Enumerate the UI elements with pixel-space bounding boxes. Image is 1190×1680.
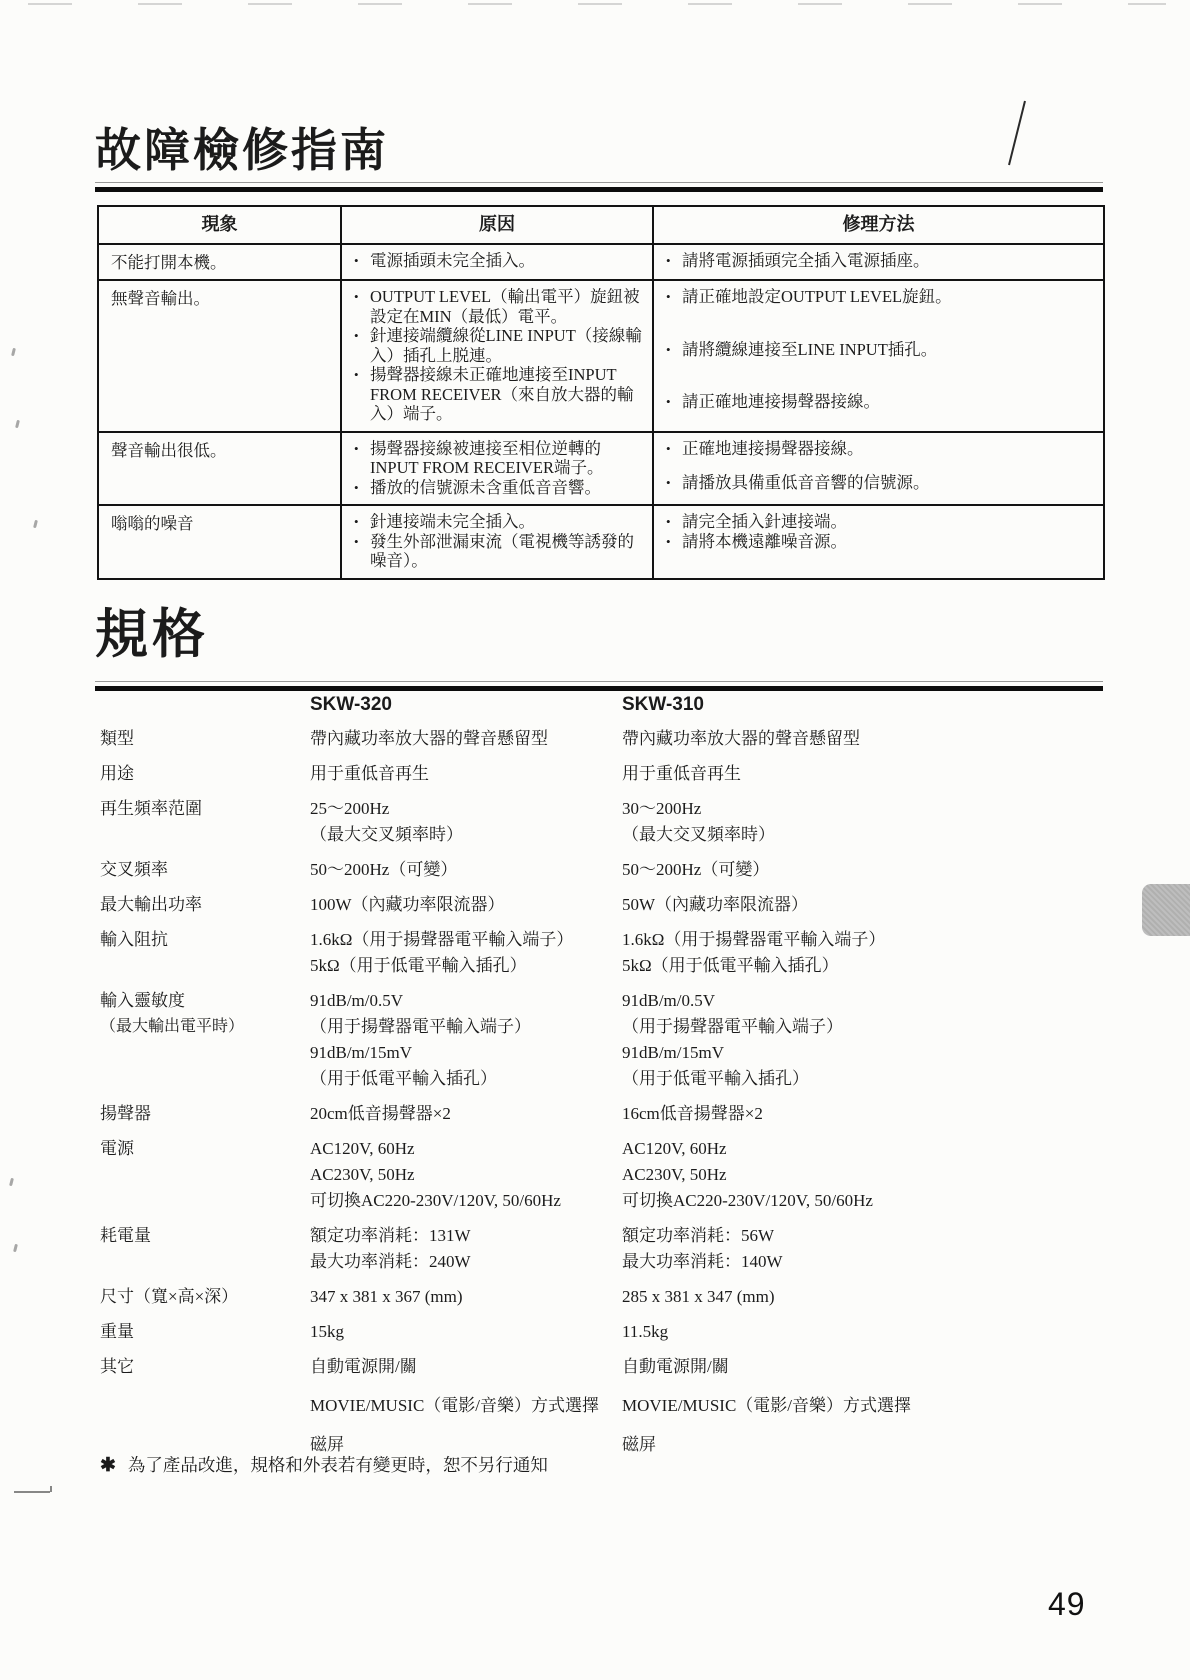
spec-value-skw310: 285 x 381 x 347 (mm) bbox=[622, 1284, 1104, 1310]
spec-value-skw310: 91dB/m/0.5V （用于揚聲器電平輸入端子） 91dB/m/15mV （用… bbox=[622, 988, 1104, 1092]
spec-label: 交叉頻率 bbox=[100, 857, 310, 883]
spec-value-skw310: 30～200Hz （最大交叉頻率時） bbox=[622, 796, 1104, 848]
spec-label: 輸入阻抗 bbox=[100, 927, 310, 979]
remedy-item: 請將本機遠離噪音源。 bbox=[662, 532, 1095, 552]
column-header-cause: 原因 bbox=[341, 206, 653, 244]
remedy-item: 請將電源插頭完全插入電源插座。 bbox=[662, 251, 1095, 271]
footnote: ✱為了產品改進，規格和外表若有變更時，恕不另行通知 bbox=[100, 1452, 548, 1477]
scan-artifact-slash bbox=[1008, 101, 1026, 166]
scan-artifact bbox=[33, 520, 38, 528]
model-header-skw310: SKW-310 bbox=[622, 694, 704, 716]
spec-value-line: AC120V, 60Hz bbox=[622, 1136, 1104, 1162]
spec-value-line: 91dB/m/15mV bbox=[310, 1040, 622, 1066]
table-row: 不能打開本機。 電源插頭未完全插入。 請將電源插頭完全插入電源插座。 bbox=[98, 244, 1104, 281]
spec-value-skw320: 15kg bbox=[310, 1319, 622, 1345]
remedy-item: 請將纜線連接至LINE INPUT插孔。 bbox=[662, 340, 1095, 360]
spec-value-skw310: 50～200Hz（可變） bbox=[622, 857, 1104, 883]
model-header-skw320: SKW-320 bbox=[310, 694, 392, 716]
spec-value-skw310: 額定功率消耗：56W 最大功率消耗：140W bbox=[622, 1223, 1104, 1275]
spec-value-line: 最大功率消耗：240W bbox=[310, 1249, 622, 1275]
spec-value-skw310: AC120V, 60Hz AC230V, 50Hz 可切換AC220-230V/… bbox=[622, 1136, 1104, 1214]
causes-cell: 針連接端未完全插入。 發生外部泄漏束流（電視機等誘發的噪音）。 bbox=[341, 505, 653, 579]
cause-item: 針連接端未完全插入。 bbox=[350, 512, 644, 532]
spec-value-line: 15kg bbox=[310, 1319, 622, 1345]
scan-artifact bbox=[9, 1178, 14, 1186]
spec-label: 類型 bbox=[100, 726, 310, 752]
spec-value-skw320: 25～200Hz （最大交叉頻率時） bbox=[310, 796, 622, 848]
symptom-cell: 不能打開本機。 bbox=[98, 244, 341, 281]
spec-value-line: （用于低電平輸入插孔） bbox=[622, 1066, 1104, 1092]
spec-value-line: MOVIE/MUSIC（電影/音樂）方式選擇 bbox=[310, 1393, 622, 1419]
spec-value-line: 帶內藏功率放大器的聲音懸留型 bbox=[622, 726, 1104, 752]
section-thumb-tab bbox=[1142, 884, 1190, 936]
remedies-cell: 請完全插入針連接端。 請將本機遠離噪音源。 bbox=[653, 505, 1104, 579]
remedies-cell: 請將電源插頭完全插入電源插座。 bbox=[653, 244, 1104, 281]
column-header-remedy: 修理方法 bbox=[653, 206, 1104, 244]
spec-label-line: （最大輸出電平時） bbox=[100, 1014, 304, 1040]
spec-value-line: 91dB/m/0.5V bbox=[310, 988, 622, 1014]
scan-artifact bbox=[15, 420, 20, 428]
remedy-item: 請正確地連接揚聲器接線。 bbox=[662, 392, 1095, 412]
cause-item: 針連接端纜線從LINE INPUT（接線輸入）插孔上脱連。 bbox=[350, 326, 644, 365]
spec-value-line: （用于揚聲器電平輸入端子） bbox=[622, 1014, 1104, 1040]
cause-item: 揚聲器接線未正確地連接至INPUT FROM RECEIVER（來自放大器的輸入… bbox=[350, 365, 644, 424]
page-number: 49 bbox=[1048, 1586, 1086, 1623]
remedy-item: 請播放具備重低音音響的信號源。 bbox=[662, 473, 1095, 493]
spec-label: 其它 bbox=[100, 1354, 310, 1458]
spec-label: 最大輸出功率 bbox=[100, 892, 310, 918]
spec-table: 類型 帶內藏功率放大器的聲音懸留型 帶內藏功率放大器的聲音懸留型 用途 用于重低… bbox=[100, 726, 1104, 1458]
spec-value-line: 磁屏 bbox=[622, 1432, 1104, 1458]
cause-item: 發生外部泄漏束流（電視機等誘發的噪音）。 bbox=[350, 532, 644, 571]
spec-value-skw310: 16cm低音揚聲器×2 bbox=[622, 1101, 1104, 1127]
spec-value-line: 25～200Hz bbox=[310, 796, 622, 822]
spec-value-line: 50W（內藏功率限流器） bbox=[622, 892, 1104, 918]
spec-value-line: 自動電源開/關 bbox=[622, 1354, 1104, 1380]
manual-page: 故障檢修指南 現象 原因 修理方法 不能打開本機。 電源插頭未完全插入。 請將電… bbox=[0, 0, 1190, 1680]
spec-value-line: 100W（內藏功率限流器） bbox=[310, 892, 622, 918]
causes-cell: OUTPUT LEVEL（輸出電平）旋鈕被設定在MIN（最低）電平。 針連接端纜… bbox=[341, 280, 653, 432]
remedy-item: 正確地連接揚聲器接線。 bbox=[662, 439, 1095, 459]
spec-value-skw320: 91dB/m/0.5V （用于揚聲器電平輸入端子） 91dB/m/15mV （用… bbox=[310, 988, 622, 1092]
remedy-item: 請正確地設定OUTPUT LEVEL旋鈕。 bbox=[662, 287, 1095, 307]
spec-value-skw310: 帶內藏功率放大器的聲音懸留型 bbox=[622, 726, 1104, 752]
symptom-cell: 聲音輸出很低。 bbox=[98, 432, 341, 506]
spec-value-line: （用于揚聲器電平輸入端子） bbox=[310, 1014, 622, 1040]
spec-label: 用途 bbox=[100, 761, 310, 787]
spec-value-skw310: 50W（內藏功率限流器） bbox=[622, 892, 1104, 918]
spec-value-skw310: 1.6kΩ（用于揚聲器電平輸入端子） 5kΩ（用于低電平輸入插孔） bbox=[622, 927, 1104, 979]
rule-ghost bbox=[95, 182, 1103, 183]
footnote-text: 為了產品改進，規格和外表若有變更時，恕不另行通知 bbox=[128, 1455, 548, 1475]
table-row: 聲音輸出很低。 揚聲器接線被連接至相位逆轉的INPUT FROM RECEIVE… bbox=[98, 432, 1104, 506]
spec-value-line: 20cm低音揚聲器×2 bbox=[310, 1101, 622, 1127]
spec-label: 電源 bbox=[100, 1136, 310, 1214]
spec-value-line: 91dB/m/0.5V bbox=[622, 988, 1104, 1014]
spec-value-line: 50～200Hz（可變） bbox=[310, 857, 622, 883]
section-rule bbox=[95, 187, 1103, 192]
spec-value-line: 5kΩ（用于低電平輸入插孔） bbox=[310, 953, 622, 979]
table-row: 無聲音輸出。 OUTPUT LEVEL（輸出電平）旋鈕被設定在MIN（最低）電平… bbox=[98, 280, 1104, 432]
cause-item: 揚聲器接線被連接至相位逆轉的INPUT FROM RECEIVER端子。 bbox=[350, 439, 644, 478]
spec-value-line: 285 x 381 x 347 (mm) bbox=[622, 1284, 1104, 1310]
table-header-row: 現象 原因 修理方法 bbox=[98, 206, 1104, 244]
spec-value-line: 5kΩ（用于低電平輸入插孔） bbox=[622, 953, 1104, 979]
spec-label: 耗電量 bbox=[100, 1223, 310, 1275]
spec-label-line: 輸入靈敏度 bbox=[100, 988, 304, 1014]
spec-value-line: 30～200Hz bbox=[622, 796, 1104, 822]
troubleshooting-table: 現象 原因 修理方法 不能打開本機。 電源插頭未完全插入。 請將電源插頭完全插入… bbox=[97, 205, 1105, 580]
scan-artifact-top-dashes bbox=[28, 3, 1166, 5]
spec-value-skw320: 20cm低音揚聲器×2 bbox=[310, 1101, 622, 1127]
spec-value-skw320: 100W（內藏功率限流器） bbox=[310, 892, 622, 918]
spec-value-skw320: 額定功率消耗：131W 最大功率消耗：240W bbox=[310, 1223, 622, 1275]
scan-artifact-bottom-dash bbox=[14, 1491, 50, 1493]
troubleshooting-title: 故障檢修指南 bbox=[95, 114, 389, 180]
spec-value-line: 11.5kg bbox=[622, 1319, 1104, 1345]
spec-value-line: AC120V, 60Hz bbox=[310, 1136, 622, 1162]
spec-value-skw310: 用于重低音再生 bbox=[622, 761, 1104, 787]
symptom-cell: 嗡嗡的噪音 bbox=[98, 505, 341, 579]
spec-value-line: 可切換AC220-230V/120V, 50/60Hz bbox=[310, 1188, 622, 1214]
spec-value-line: （最大交叉頻率時） bbox=[622, 822, 1104, 848]
scan-artifact bbox=[13, 1244, 18, 1252]
spec-label: 揚聲器 bbox=[100, 1101, 310, 1127]
spec-value-skw320: 用于重低音再生 bbox=[310, 761, 622, 787]
remedies-cell: 正確地連接揚聲器接線。 請播放具備重低音音響的信號源。 bbox=[653, 432, 1104, 506]
spec-value-line: AC230V, 50Hz bbox=[622, 1162, 1104, 1188]
spec-value-line: 91dB/m/15mV bbox=[622, 1040, 1104, 1066]
table-row: 嗡嗡的噪音 針連接端未完全插入。 發生外部泄漏束流（電視機等誘發的噪音）。 請完… bbox=[98, 505, 1104, 579]
spec-value-skw320: 50～200Hz（可變） bbox=[310, 857, 622, 883]
causes-cell: 電源插頭未完全插入。 bbox=[341, 244, 653, 281]
scan-artifact bbox=[11, 348, 16, 356]
cause-item: 電源插頭未完全插入。 bbox=[350, 251, 644, 271]
spec-value-line: MOVIE/MUSIC（電影/音樂）方式選擇 bbox=[622, 1393, 1104, 1419]
spec-value-skw320: 自動電源開/關 MOVIE/MUSIC（電影/音樂）方式選擇 磁屏 bbox=[310, 1354, 622, 1458]
spec-value-line: 額定功率消耗：131W bbox=[310, 1223, 622, 1249]
spec-value-skw320: 347 x 381 x 367 (mm) bbox=[310, 1284, 622, 1310]
spec-value-line: 1.6kΩ（用于揚聲器電平輸入端子） bbox=[622, 927, 1104, 953]
spec-value-skw320: 帶內藏功率放大器的聲音懸留型 bbox=[310, 726, 622, 752]
rule-ghost bbox=[95, 681, 1103, 682]
spec-value-skw310: 11.5kg bbox=[622, 1319, 1104, 1345]
spec-value-line: 用于重低音再生 bbox=[310, 761, 622, 787]
spec-value-skw320: AC120V, 60Hz AC230V, 50Hz 可切換AC220-230V/… bbox=[310, 1136, 622, 1214]
spec-value-line: 額定功率消耗：56W bbox=[622, 1223, 1104, 1249]
spec-label: 尺寸（寬×高×深） bbox=[100, 1284, 310, 1310]
spec-label: 輸入靈敏度 （最大輸出電平時） bbox=[100, 988, 310, 1092]
spec-value-line: 16cm低音揚聲器×2 bbox=[622, 1101, 1104, 1127]
spec-value-line: 50～200Hz（可變） bbox=[622, 857, 1104, 883]
column-header-symptom: 現象 bbox=[98, 206, 341, 244]
footnote-marker: ✱ bbox=[100, 1455, 116, 1476]
cause-item: 播放的信號源未含重低音音響。 bbox=[350, 478, 644, 498]
specs-title: 規格 bbox=[95, 592, 209, 668]
spec-value-line: （用于低電平輸入插孔） bbox=[310, 1066, 622, 1092]
spec-value-line: AC230V, 50Hz bbox=[310, 1162, 622, 1188]
spec-value-line: 最大功率消耗：140W bbox=[622, 1249, 1104, 1275]
remedies-cell: 請正確地設定OUTPUT LEVEL旋鈕。 請將纜線連接至LINE INPUT插… bbox=[653, 280, 1104, 432]
spec-value-line: 可切換AC220-230V/120V, 50/60Hz bbox=[622, 1188, 1104, 1214]
spec-value-line: 1.6kΩ（用于揚聲器電平輸入端子） bbox=[310, 927, 622, 953]
spec-value-line: （最大交叉頻率時） bbox=[310, 822, 622, 848]
spec-value-line: 用于重低音再生 bbox=[622, 761, 1104, 787]
spec-value-line: 347 x 381 x 367 (mm) bbox=[310, 1284, 622, 1310]
spec-value-line: 自動電源開/關 bbox=[310, 1354, 622, 1380]
spec-label: 重量 bbox=[100, 1319, 310, 1345]
spec-value-line: 帶內藏功率放大器的聲音懸留型 bbox=[310, 726, 622, 752]
section-rule bbox=[95, 686, 1103, 691]
symptom-cell: 無聲音輸出。 bbox=[98, 280, 341, 432]
causes-cell: 揚聲器接線被連接至相位逆轉的INPUT FROM RECEIVER端子。 播放的… bbox=[341, 432, 653, 506]
spec-value-skw320: 1.6kΩ（用于揚聲器電平輸入端子） 5kΩ（用于低電平輸入插孔） bbox=[310, 927, 622, 979]
spec-value-skw310: 自動電源開/關 MOVIE/MUSIC（電影/音樂）方式選擇 磁屏 bbox=[622, 1354, 1104, 1458]
remedy-item: 請完全插入針連接端。 bbox=[662, 512, 1095, 532]
spec-label: 再生頻率范圍 bbox=[100, 796, 310, 848]
cause-item: OUTPUT LEVEL（輸出電平）旋鈕被設定在MIN（最低）電平。 bbox=[350, 287, 644, 326]
